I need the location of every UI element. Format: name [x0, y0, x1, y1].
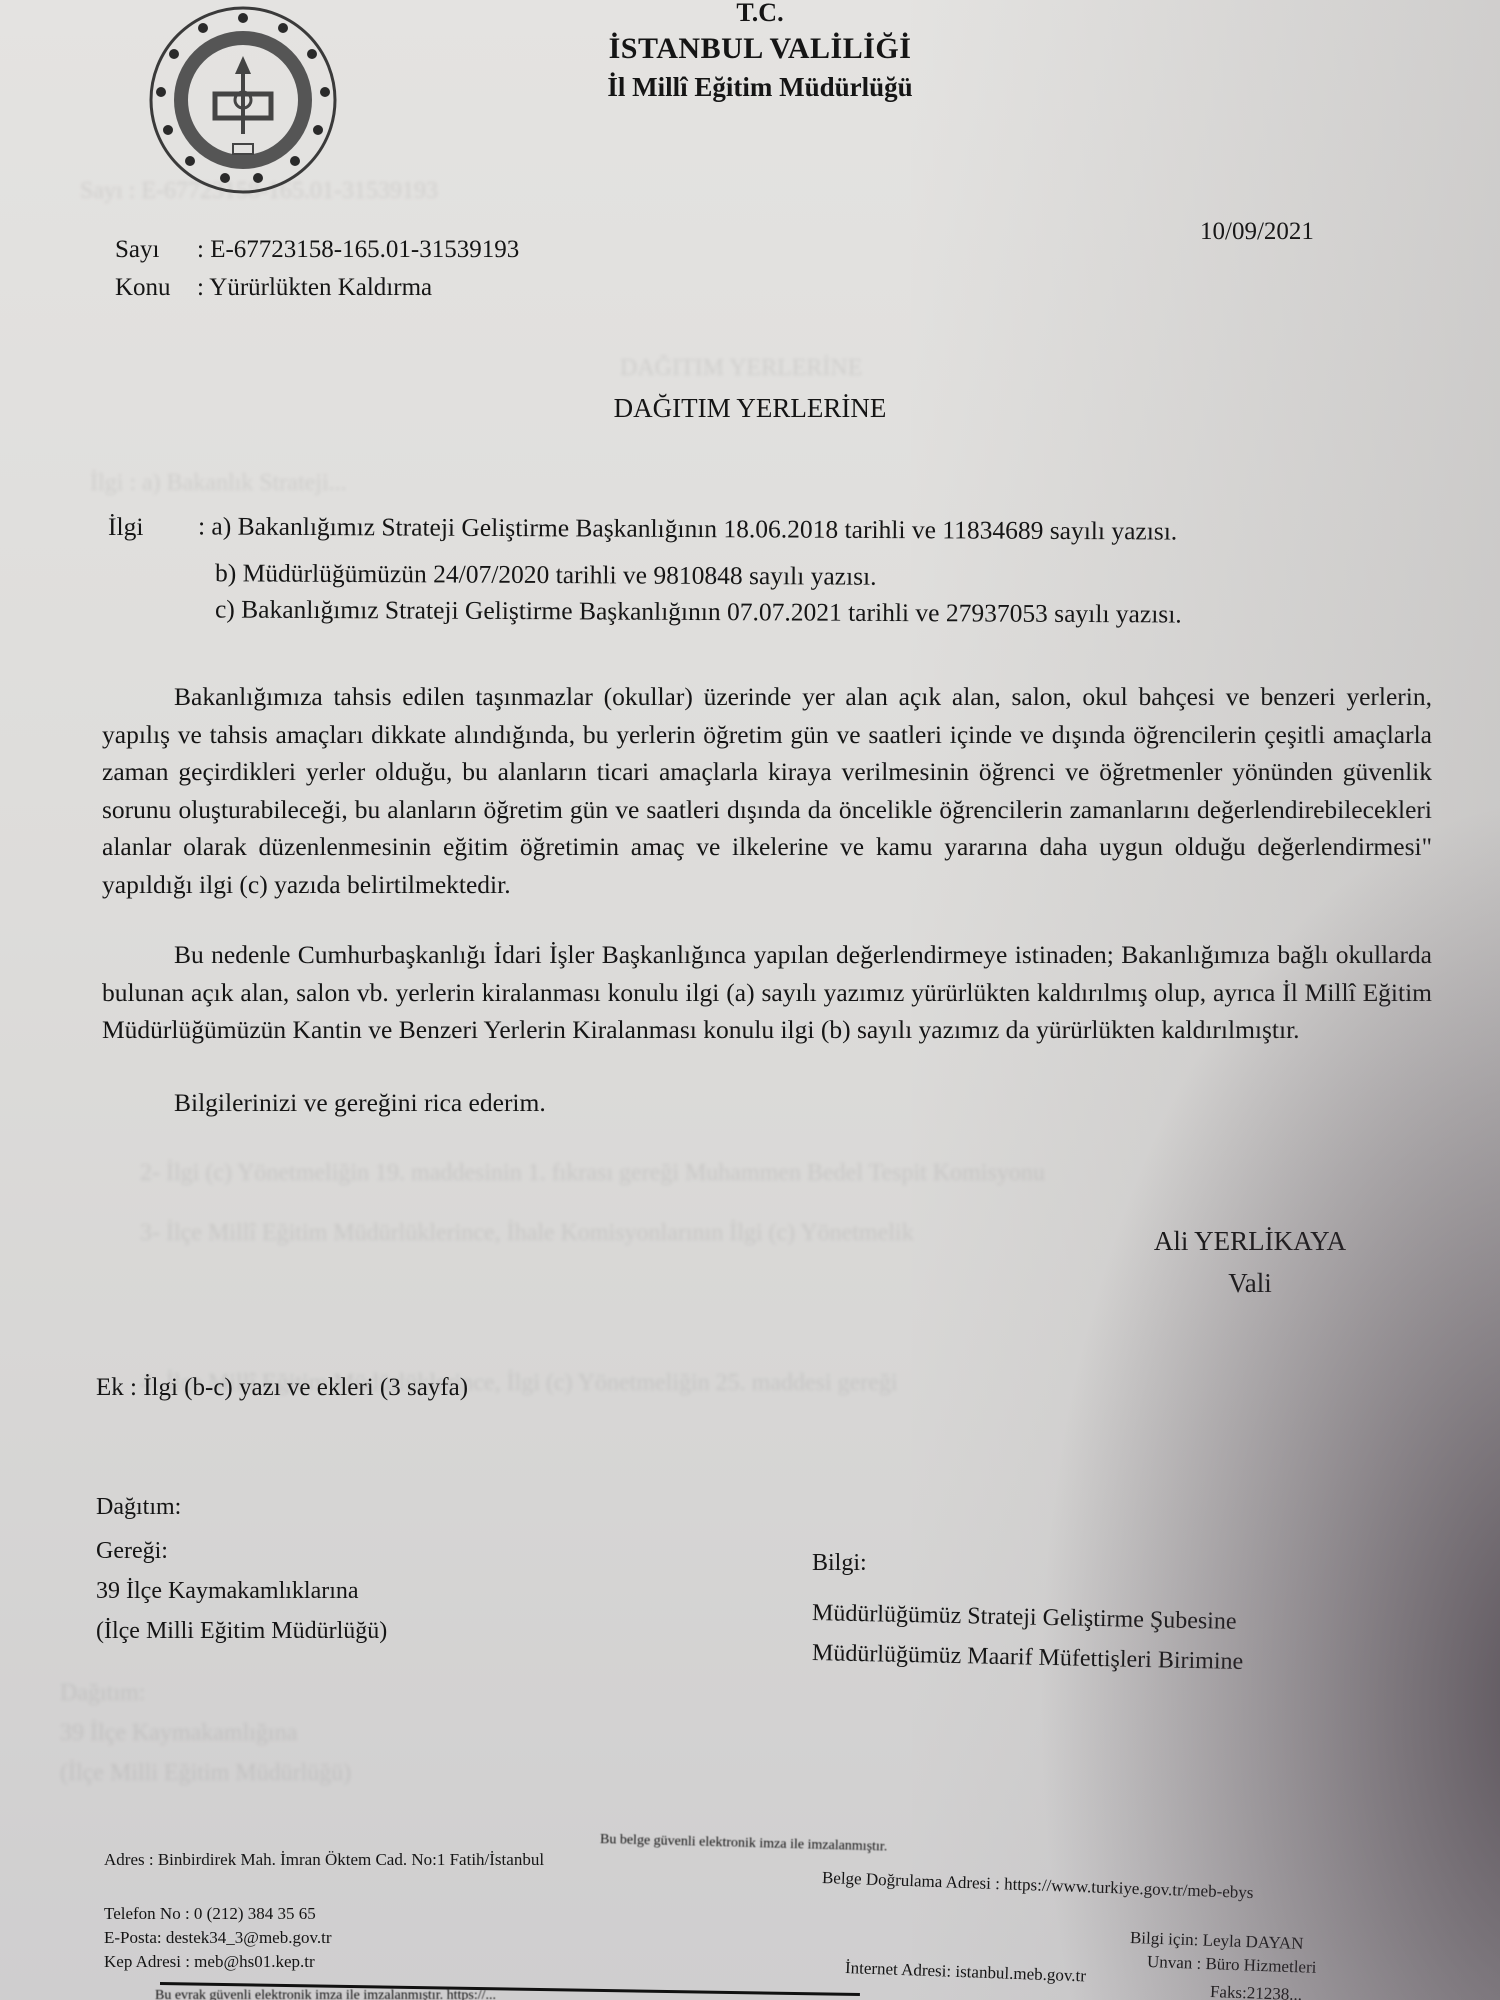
bilgi-label: Bilgi:: [812, 1550, 867, 1577]
distribution-title: Dağıtım:: [96, 1494, 181, 1521]
footer-internet[interactable]: İnternet Adresi: istanbul.meb.gov.tr: [845, 1958, 1087, 1986]
bilgi-item: Müdürlüğümüz Maarif Müfettişleri Birimin…: [812, 1640, 1244, 1676]
bleed-through-text: DAĞITIM YERLERİNE: [620, 355, 862, 382]
konu-label: Konu: [115, 274, 197, 302]
bottom-esign-notice: Bu evrak güvenli elektronik imza ile imz…: [155, 1988, 496, 2000]
verification-link[interactable]: Belge Doğrulama Adresi : https://www.tur…: [822, 1868, 1254, 1903]
recipient-title: DAĞITIM YERLERİNE: [0, 393, 1500, 424]
document-date: 10/09/2021: [1200, 218, 1314, 246]
signer-name: Ali YERLİKAYA: [1110, 1226, 1390, 1257]
header-authority: İSTANBUL VALİLİĞİ: [580, 32, 940, 66]
konu-value: : Yürürlükten Kaldırma: [197, 274, 432, 301]
esign-notice: Bu belge güvenli elektronik imza ile imz…: [600, 1832, 888, 1856]
bleed-through-text: 3- İlçe Millî Eğitim Müdürlüklerince, İh…: [140, 1220, 914, 1247]
ilgi-item-b: b) Müdürlüğümüzün 24/07/2020 tarihli ve …: [215, 558, 877, 591]
bleed-through-text: Dağıtım:: [60, 1680, 145, 1707]
gerekli-item: (İlçe Milli Eğitim Müdürlüğü): [96, 1618, 387, 1645]
gerekli-label: Gereği:: [96, 1538, 168, 1565]
bleed-through-text: İlgi : a) Bakanlık Strateji...: [90, 470, 347, 497]
footer-email[interactable]: E-Posta: destek34_3@meb.gov.tr: [104, 1928, 332, 1948]
body-paragraph-2-text: Bu nedenle Cumhurbaşkanlığı İdari İşler …: [102, 940, 1432, 1044]
body-paragraph-1: Bakanlığımıza tahsis edilen taşınmazlar …: [102, 678, 1432, 903]
body-paragraph-1-text: Bakanlığımıza tahsis edilen taşınmazlar …: [102, 682, 1432, 899]
header-country: T.C.: [580, 0, 940, 28]
ilgi-label: İlgi: [108, 512, 143, 542]
closing-line: Bilgilerinizi ve gereğini rica ederim.: [174, 1088, 546, 1118]
footer-phone: Telefon No : 0 (212) 384 35 65: [104, 1904, 316, 1924]
body-paragraph-2: Bu nedenle Cumhurbaşkanlığı İdari İşler …: [102, 936, 1432, 1049]
konu-row: Konu: Yürürlükten Kaldırma: [115, 274, 432, 302]
ilgi-item-a: : a) Bakanlığımız Strateji Geliştirme Ba…: [198, 511, 1177, 546]
bleed-through-text: (İlçe Milli Eğitim Müdürlüğü): [60, 1760, 351, 1787]
gerekli-item: 39 İlçe Kaymakamlıklarına: [96, 1578, 359, 1605]
header-department: İl Millî Eğitim Müdürlüğü: [580, 72, 940, 103]
bleed-through-text: 39 İlçe Kaymakamlığına: [60, 1720, 297, 1747]
footer-address: Adres : Binbirdirek Mah. İmran Öktem Cad…: [104, 1850, 544, 1870]
ilgi-item-c: c) Bakanlığımız Strateji Geliştirme Başk…: [215, 594, 1182, 629]
ministry-seal-icon: [140, 4, 346, 196]
attachment-line: Ek : İlgi (b-c) yazı ve ekleri (3 sayfa): [96, 1374, 468, 1402]
footer-kep[interactable]: Kep Adresi : meb@hs01.kep.tr: [104, 1952, 315, 1972]
footer-contact: Bilgi için: Leyla DAYAN: [1130, 1928, 1304, 1954]
sayi-label: Sayı: [115, 236, 197, 264]
signer-title: Vali: [1110, 1268, 1390, 1299]
footer-fax: Faks:21238...: [1210, 1982, 1303, 2000]
sayi-value: : E-67723158-165.01-31539193: [197, 236, 519, 263]
bilgi-item: Müdürlüğümüz Strateji Geliştirme Şubesin…: [812, 1600, 1237, 1636]
footer-unvan: Unvan : Büro Hizmetleri: [1147, 1952, 1317, 1978]
bleed-through-text: 2- İlgi (c) Yönetmeliğin 19. maddesinin …: [140, 1160, 1045, 1187]
sayi-row: Sayı: E-67723158-165.01-31539193: [115, 236, 519, 264]
